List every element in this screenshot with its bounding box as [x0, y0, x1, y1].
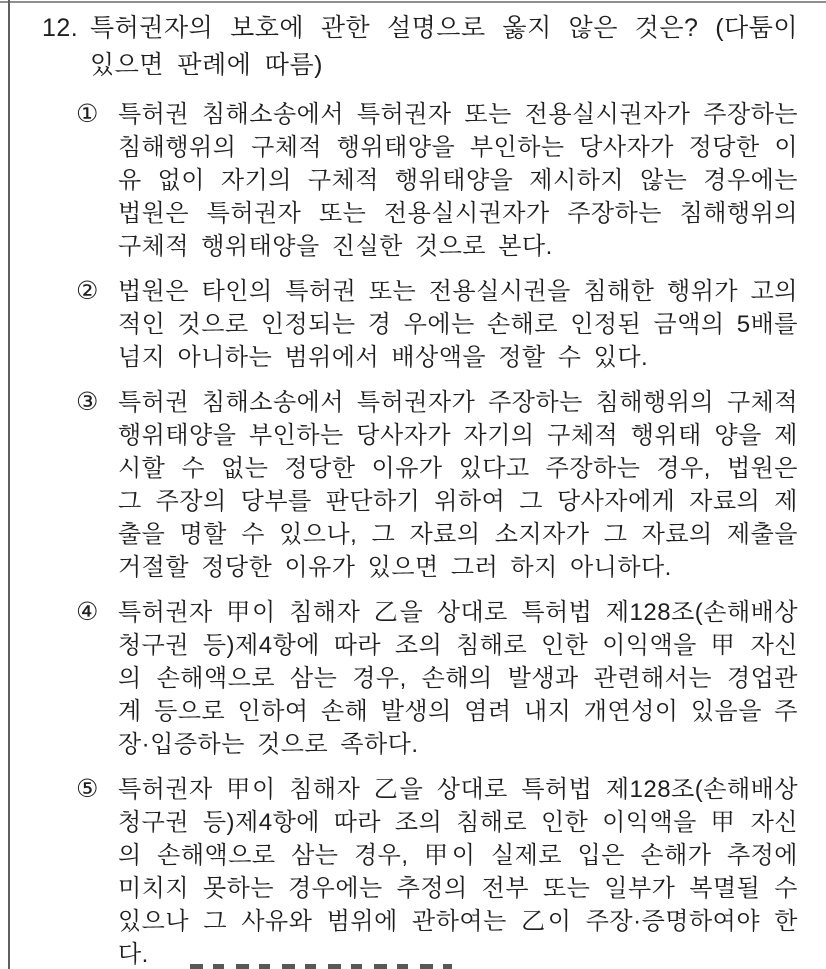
question-number: 12.	[42, 10, 90, 47]
option-item-2: ② 법원은 타인의 특허권 또는 전용실시권을 침해한 행위가 고의적인 것으로…	[76, 275, 798, 374]
option-1-marker: ①	[76, 98, 118, 131]
option-4-marker: ④	[76, 596, 118, 629]
option-2-text: 법원은 타인의 특허권 또는 전용실시권을 침해한 행위가 고의적인 것으로 인…	[118, 275, 798, 374]
exam-page: 12. 특허권자의 보호에 관한 설명으로 옳지 않은 것은? (다툼이 있으면…	[0, 0, 826, 969]
option-item-5: ⑤ 특허권자 甲이 침해자 乙을 상대로 특허법 제128조(손해배상청구권 등…	[76, 773, 798, 969]
option-1-text: 특허권 침해소송에서 특허권자 또는 전용실시권자가 주장하는 침해행위의 구체…	[118, 98, 798, 263]
option-3-text: 특허권 침해소송에서 특허권자가 주장하는 침해행위의 구체적 행위태양을 부인…	[118, 386, 798, 584]
option-5-marker: ⑤	[76, 773, 118, 806]
options-list: ① 특허권 침해소송에서 특허권자 또는 전용실시권자가 주장하는 침해행위의 …	[76, 98, 798, 969]
question-header: 12. 특허권자의 보호에 관한 설명으로 옳지 않은 것은? (다툼이 있으면…	[42, 10, 798, 84]
top-border-rule	[0, 1, 826, 3]
option-2-marker: ②	[76, 275, 118, 308]
option-item-4: ④ 특허권자 甲이 침해자 乙을 상대로 특허법 제128조(손해배상청구권 등…	[76, 596, 798, 761]
option-3-marker: ③	[76, 386, 118, 419]
option-item-3: ③ 특허권 침해소송에서 특허권자가 주장하는 침해행위의 구체적 행위태양을 …	[76, 386, 798, 584]
option-4-text: 특허권자 甲이 침해자 乙을 상대로 특허법 제128조(손해배상청구권 등)제…	[118, 596, 798, 761]
left-border-rule	[8, 0, 10, 969]
question-text: 특허권자의 보호에 관한 설명으로 옳지 않은 것은? (다툼이 있으면 판례에…	[90, 10, 798, 84]
cutoff-next-line-fragment	[190, 964, 452, 969]
option-5-text: 특허권자 甲이 침해자 乙을 상대로 특허법 제128조(손해배상청구권 등)제…	[118, 773, 798, 969]
question-block: 12. 특허권자의 보호에 관한 설명으로 옳지 않은 것은? (다툼이 있으면…	[42, 10, 798, 969]
option-item-1: ① 특허권 침해소송에서 특허권자 또는 전용실시권자가 주장하는 침해행위의 …	[76, 98, 798, 263]
